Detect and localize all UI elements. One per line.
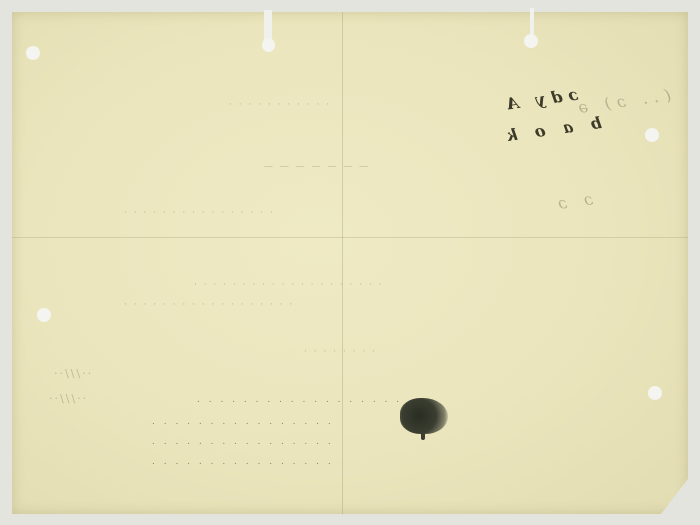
bleed-through-line: · · · · · · · · · · · · · · · · · · [122, 300, 292, 310]
dotted-entry-line: . . . . . . . . . . . . . . . . . . [197, 395, 402, 405]
document-sheet: · · · · · · · · · · · — — — — — — — · · … [12, 12, 688, 514]
ink-blot [400, 398, 448, 434]
dotted-entry-line: . . . . . . . . . . . . . . . . [152, 457, 334, 467]
faded-handwriting: ɔ ɔ [551, 189, 594, 214]
ink-drip [421, 432, 425, 440]
dotted-entry-line: . . . . . . . . . . . . . . . . [152, 437, 334, 447]
bleed-through-line: · · · · · · · · · · · · · · · · [122, 208, 273, 218]
punch-hole [648, 386, 662, 400]
vertical-fold-line [342, 12, 343, 514]
bleed-through-line: · · · · · · · · · · · · · · · · · · · · [192, 280, 382, 290]
handwriting-line: ɔdy A [499, 85, 579, 115]
horizontal-fold-line [12, 237, 688, 238]
dotted-entry-line: . . . . . . . . . . . . . . . . [152, 417, 334, 427]
punch-hole [262, 38, 275, 52]
punch-hole [37, 308, 51, 322]
handwriting-line: b a o k [499, 113, 603, 146]
margin-note: ··///·· [47, 392, 86, 405]
bleed-through-subheading: — — — — — — — [262, 162, 368, 172]
punch-hole [645, 128, 659, 142]
punch-hole [524, 34, 538, 48]
margin-note: ··///·· [52, 367, 91, 380]
bleed-through-heading: · · · · · · · · · · · [227, 100, 329, 110]
bleed-through-line: · · · · · · · · [302, 347, 375, 357]
faded-handwriting: (.. ɔ) ə [571, 85, 672, 118]
punch-hole [26, 46, 40, 60]
